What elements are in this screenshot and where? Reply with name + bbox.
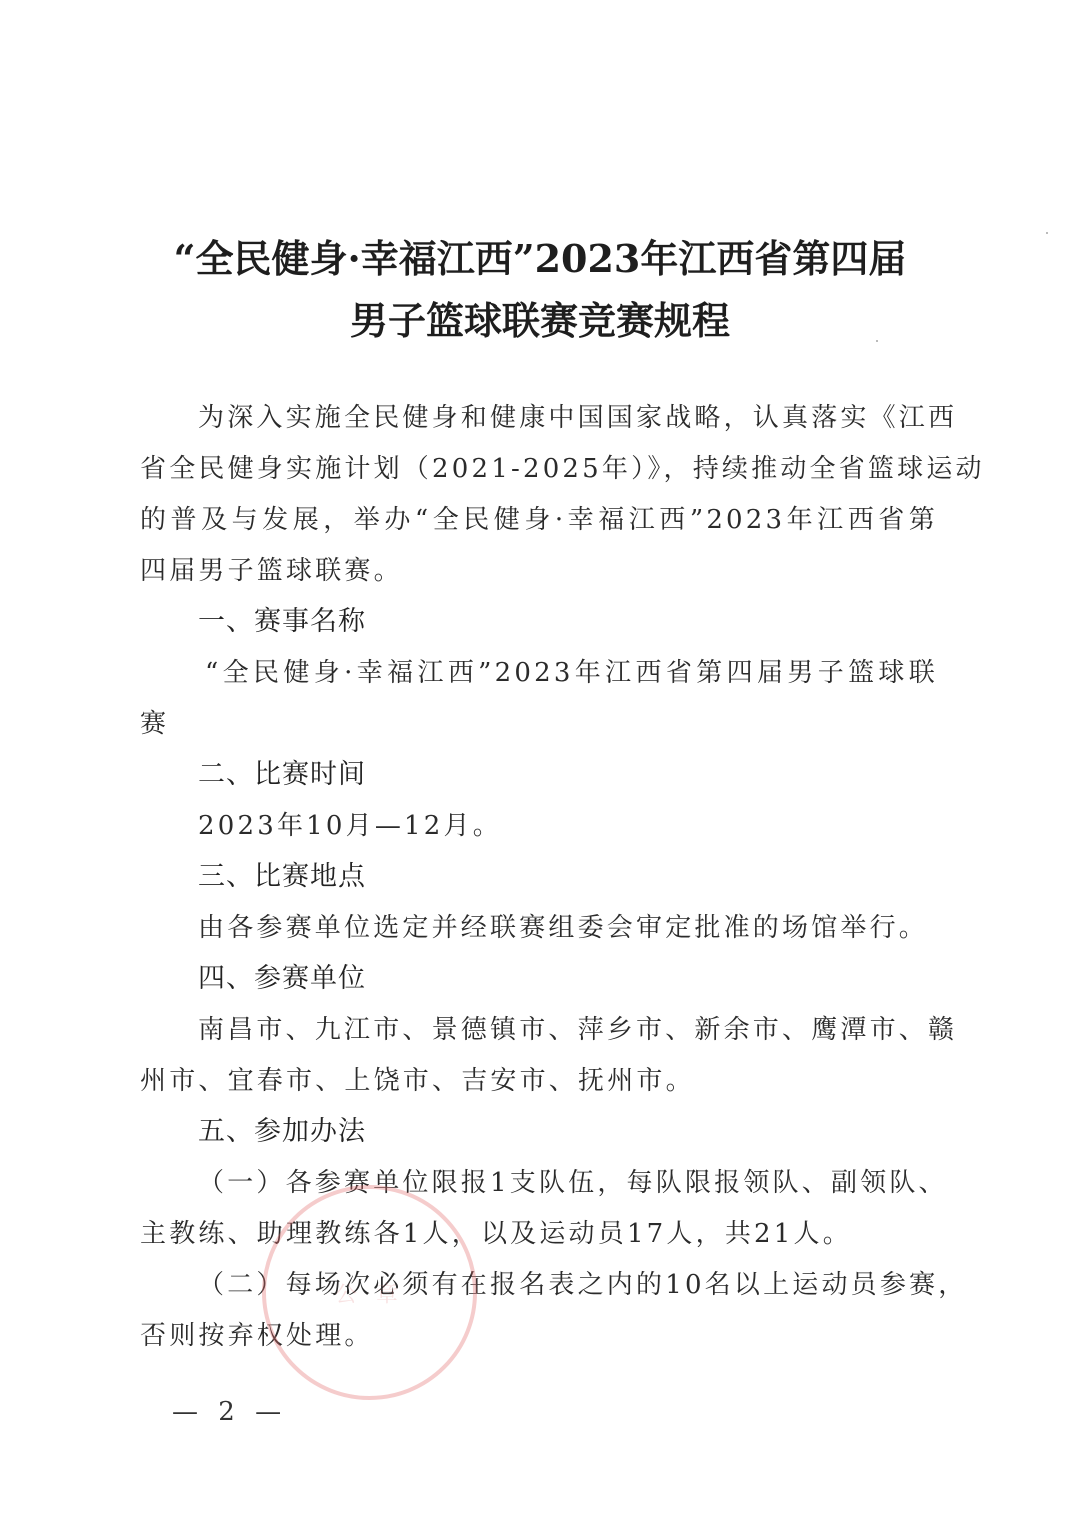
document-title-line-1: “全民健身·幸福江西”2023年江西省第四届 <box>100 228 980 283</box>
intro-line-2: 省全民健身实施计划（2021-2025年）》，持续推动全省篮球运动 <box>140 453 938 485</box>
section-heading-venue: 三、比赛地点 <box>198 861 998 893</box>
page-number: — 2 — <box>172 1397 287 1427</box>
section-venue-line-1: 由各参赛单位选定并经联赛组委会审定批准的场馆举行。 <box>198 912 998 944</box>
scan-speck <box>1046 232 1048 234</box>
section-event-name-line-1: “全民健身·幸福江西”2023年江西省第四届男子篮球联 <box>205 657 938 689</box>
section-heading-event-name: 一、赛事名称 <box>198 606 998 638</box>
section-heading-participants: 四、参赛单位 <box>198 963 998 995</box>
section-participation-line-2: 主教练、助理教练各1人，以及运动员17人，共21人。 <box>140 1218 940 1250</box>
document-page: “全民健身·幸福江西”2023年江西省第四届 男子篮球联赛竞赛规程 为深入实施全… <box>0 0 1080 1527</box>
section-participants-line-2: 州市、宜春市、上饶市、吉安市、抚州市。 <box>140 1065 940 1097</box>
section-participants-line-1: 南昌市、九江市、景德镇市、萍乡市、新余市、鹰潭市、赣 <box>198 1014 938 1046</box>
section-heading-match-time: 二、比赛时间 <box>198 759 998 791</box>
intro-line-4: 四届男子篮球联赛。 <box>140 555 940 587</box>
scan-speck <box>876 340 878 342</box>
section-participation-line-4: 否则按弃权处理。 <box>140 1320 940 1352</box>
intro-line-3: 的普及与发展，举办“全民健身·幸福江西”2023年江西省第 <box>140 504 938 536</box>
section-match-time-line-1: 2023年10月—12月。 <box>198 810 998 842</box>
section-heading-participation: 五、参加办法 <box>198 1116 998 1148</box>
section-event-name-line-2: 赛 <box>140 708 940 740</box>
section-participation-line-1: （一）各参赛单位限报1支队伍，每队限报领队、副领队、 <box>198 1167 938 1199</box>
intro-line-1: 为深入实施全民健身和健康中国国家战略，认真落实《江西 <box>198 402 938 434</box>
document-title-line-2: 男子篮球联赛竞赛规程 <box>100 290 980 345</box>
section-participation-line-3: （二）每场次必须有在报名表之内的10名以上运动员参赛， <box>198 1269 938 1301</box>
